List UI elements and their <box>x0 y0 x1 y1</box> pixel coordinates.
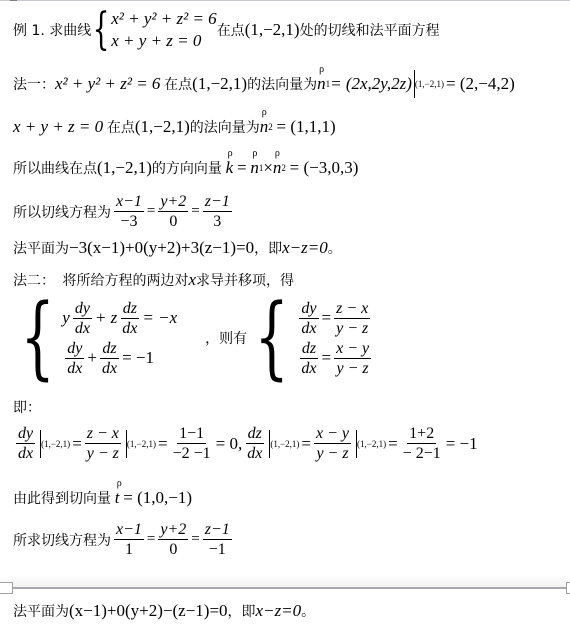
subscript: 2 <box>268 122 273 132</box>
numerator: 1−1 <box>177 424 206 444</box>
vector-n1: n <box>250 158 259 178</box>
method1-label: 法一： <box>13 74 55 94</box>
numerator: dz <box>246 424 264 444</box>
numerator: dz <box>300 339 318 359</box>
denominator: y − z <box>335 359 371 378</box>
result: = −1 <box>446 434 478 454</box>
numerator: dy <box>16 424 35 444</box>
sys2-row1: dydx = z − xy − z <box>296 298 374 338</box>
result: = (−3,0,3) <box>290 158 359 178</box>
eval-point: (1,−2,1) <box>415 79 444 89</box>
text-normal-plane: 法平面为 <box>13 601 69 621</box>
page-corner-mark-right <box>566 582 570 594</box>
vector-n2: n <box>260 117 269 137</box>
denominator: dx <box>120 319 139 338</box>
text-then: ，则有 <box>205 328 247 348</box>
eval-point: (1,−2,1) <box>127 439 156 449</box>
denominator: 3 <box>211 212 223 231</box>
denominator: dx <box>100 359 119 378</box>
denominator: −3 <box>118 212 139 231</box>
denominator: −2 −1 <box>171 444 213 463</box>
numerator: x−1 <box>114 520 144 540</box>
left-brace: { <box>20 298 54 378</box>
sys1-row1: y dydx + z dzdx = −x <box>62 298 177 338</box>
eval-point: (1,−2,1) <box>270 439 299 449</box>
example-statement: 例 1. 求曲线 { x² + y² + z² = 6 x + y + z = … <box>13 8 440 52</box>
tangent-vector-line: 由此得到切向量 t = (1,0,−1) <box>13 488 192 508</box>
fraction: dydx <box>299 299 318 338</box>
plane-eq: x + y + z = 0 <box>13 117 103 137</box>
page-top-border <box>0 0 570 1</box>
fraction: x − yy − z <box>314 424 351 463</box>
example-label: 例 1. 求曲线 <box>13 20 91 40</box>
vector-k: k <box>226 158 234 178</box>
point: (1,−2,1) <box>245 20 300 40</box>
rhs: = −x <box>142 308 177 328</box>
solved-system: dydx = z − xy − z dzdx = x − yy − z <box>296 298 374 378</box>
method1-normal-plane: 法平面为 −3(x−1)+0(y+2)+3(z−1)=0 ，即 x−z=0 。 <box>13 238 342 258</box>
method2-tangent-line: 所求切线方程为 x−11= y+20= z−1−1 <box>13 520 235 559</box>
fraction: 1+2− 2−1 <box>401 424 443 463</box>
ruler-mark <box>10 0 17 1</box>
text-normal-vector: 的法向量为 <box>190 117 260 137</box>
equals: = <box>301 434 311 454</box>
sys1-row2: dydx + dzdx = −1 <box>62 338 177 378</box>
denominator: − 2−1 <box>401 444 443 463</box>
fraction: x−11 <box>114 520 144 559</box>
text-at: 在点 <box>107 117 135 137</box>
rhs: = −1 <box>122 348 154 368</box>
denominator: dx <box>65 359 84 378</box>
system-eq-1: x² + y² + z² = 6 <box>111 8 216 30</box>
denominator: 0 <box>167 212 179 231</box>
equation-system: x² + y² + z² = 6 x + y + z = 0 <box>111 8 216 52</box>
simplified-equation: x−z=0 <box>282 238 328 258</box>
fraction: dzdx <box>120 299 139 338</box>
denominator: 1 <box>123 540 135 559</box>
evaluation-line: dydx (1,−2,1) = z − xy − z (1,−2,1) = 1−… <box>13 424 478 463</box>
method1-tangent-line: 所以切线方程为 x−1−3= y+20= z−13 <box>13 192 235 231</box>
method1-line2: x + y + z = 0 在点 (1,−2,1) 的法向量为 n2 = (1,… <box>13 117 336 137</box>
ji-label: 即： <box>13 397 41 417</box>
denominator: dx <box>245 444 264 463</box>
sys2-row2: dzdx = x − yy − z <box>296 338 374 378</box>
vector-n1: n <box>317 74 326 94</box>
fraction: dzdx <box>100 339 119 378</box>
cross-product: × <box>263 158 273 178</box>
vector-t: t <box>115 488 120 508</box>
left-brace: { <box>255 298 289 378</box>
gradient-expr: = (2x,2y,2z) <box>330 74 412 94</box>
equals: = <box>72 434 82 454</box>
numerator: 1+2 <box>407 424 436 444</box>
text-direction: 所以曲线在点 <box>13 158 97 178</box>
result: = (1,1,1) <box>277 117 336 137</box>
method2-systems: { y dydx + z dzdx = −x dydx + dzdx = −1 … <box>13 298 374 378</box>
numerator: dy <box>299 299 318 319</box>
eval-point: (1,−2,1) <box>357 439 386 449</box>
denominator: dx <box>299 319 318 338</box>
text-at-point: 在点 <box>217 20 245 40</box>
plus: + <box>87 348 97 368</box>
period: 。 <box>301 601 315 621</box>
numerator: dy <box>73 299 92 319</box>
vector-n2: n <box>273 158 282 178</box>
point: (1,−2,1) <box>97 158 152 178</box>
page-gap <box>0 576 570 587</box>
denominator: dx <box>299 359 318 378</box>
left-brace: { <box>93 10 110 50</box>
fraction: x−1−3 <box>114 192 144 231</box>
numerator: z−1 <box>203 192 232 212</box>
equals: = <box>322 308 332 328</box>
text-ie: ，即 <box>254 238 282 258</box>
term: + z <box>95 308 117 328</box>
simplified-equation: x−z=0 <box>256 601 302 621</box>
page-break-line <box>0 587 570 589</box>
text-ie: ，即 <box>228 601 256 621</box>
derivative-system: y dydx + z dzdx = −x dydx + dzdx = −1 <box>62 298 177 378</box>
equals: = <box>388 434 398 454</box>
denominator: y − z <box>314 444 350 463</box>
text-tangent-vector: 由此得到切向量 <box>13 488 111 508</box>
fraction: dzdx <box>245 424 264 463</box>
fraction: 1−1−2 −1 <box>171 424 213 463</box>
plane-equation: (x−1)+0(y+2)−(z−1)=0 <box>69 601 228 621</box>
term: y <box>62 308 70 328</box>
text-ie: 即： <box>13 397 41 417</box>
text-at: 在点 <box>164 74 192 94</box>
result: = (2,−4,2) <box>446 74 515 94</box>
numerator: dz <box>121 299 139 319</box>
fraction: y+20 <box>158 192 188 231</box>
method2-normal-plane: 法平面为 (x−1)+0(y+2)−(z−1)=0 ，即 x−z=0 。 <box>13 601 315 621</box>
method1-line3: 所以曲线在点 (1,−2,1) 的方向向量 k = n1 × n2 = (−3,… <box>13 158 358 178</box>
system-eq-2: x + y + z = 0 <box>111 30 216 52</box>
numerator: z − x <box>334 299 370 319</box>
denominator: y − z <box>334 319 370 338</box>
text-tangent-line: 所求切线方程为 <box>13 530 111 550</box>
numerator: y+2 <box>158 520 188 540</box>
intro-text: 将所给方程的两边对 <box>63 270 189 290</box>
numerator: z − x <box>85 424 121 444</box>
method1-line1: 法一： x² + y² + z² = 6 在点 (1,−2,1) 的法向量为 n… <box>13 70 515 98</box>
point: (1,−2,1) <box>135 117 190 137</box>
fraction: y+20 <box>158 520 188 559</box>
denominator: 0 <box>167 540 179 559</box>
numerator: dz <box>100 339 118 359</box>
numerator: dy <box>65 339 84 359</box>
fraction: dydx <box>16 424 35 463</box>
surface-eq: x² + y² + z² = 6 <box>55 74 160 94</box>
text-normal-plane: 法平面为 <box>13 238 69 258</box>
denominator: dx <box>73 319 92 338</box>
example-task: 处的切线和法平面方程 <box>300 20 440 40</box>
denominator: −1 <box>207 540 228 559</box>
fraction: z−1−1 <box>203 520 232 559</box>
numerator: x − y <box>314 424 351 444</box>
numerator: z−1 <box>203 520 232 540</box>
page-corner-mark-left <box>0 582 13 594</box>
numerator: x−1 <box>114 192 144 212</box>
fraction: dydx <box>65 339 84 378</box>
result: = (1,0,−1) <box>123 488 192 508</box>
equals: = <box>158 434 168 454</box>
eval-point: (1,−2,1) <box>41 439 70 449</box>
subscript: 2 <box>281 163 286 173</box>
equals: = <box>237 158 247 178</box>
fraction: z−13 <box>203 192 232 231</box>
result: = 0, <box>216 434 243 454</box>
text-direction-vector: 的方向向量 <box>152 158 222 178</box>
text-tangent-line: 所以切线方程为 <box>13 202 111 222</box>
numerator: y+2 <box>158 192 188 212</box>
numerator: x − y <box>334 339 371 359</box>
denominator: y − z <box>85 444 121 463</box>
point: (1,−2,1) <box>192 74 247 94</box>
fraction: z − xy − z <box>85 424 121 463</box>
fraction: dzdx <box>299 339 318 378</box>
period: 。 <box>328 238 342 258</box>
fraction: dydx <box>73 299 92 338</box>
variable: x <box>189 270 197 290</box>
equals: = <box>322 348 332 368</box>
text-normal-vector: 的法向量为 <box>247 74 317 94</box>
fraction: x − yy − z <box>334 339 371 378</box>
fraction: z − xy − z <box>334 299 370 338</box>
method2-intro: 法二： 将所给方程的两边对 x 求导并移项，得 <box>13 270 294 290</box>
plane-equation: −3(x−1)+0(y+2)+3(z−1)=0 <box>69 238 254 258</box>
denominator: dx <box>16 444 35 463</box>
